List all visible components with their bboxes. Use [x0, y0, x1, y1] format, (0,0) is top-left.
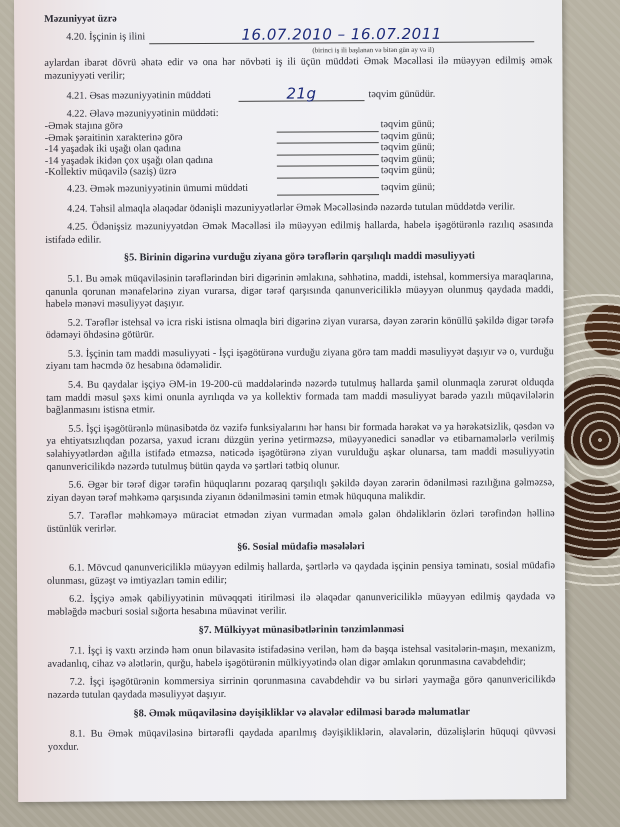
lace-doily [560, 290, 620, 590]
section-5-title: §5. Birinin digərinə vurduğu ziyana görə… [45, 250, 553, 265]
handwritten-work-year: 16.07.2010 – 16.07.2011 [149, 27, 534, 42]
item-4-24: 4.24. Təhsil almaqla əlaqədar ödənişli m… [45, 201, 553, 216]
leave-days-field[interactable] [277, 168, 379, 179]
section-8-title: §8. Əmək müqaviləsinə dəyişikliklər və ə… [48, 706, 556, 721]
item-4-25: 4.25. Ödənişsiz məzuniyyətdən Əmək Məcəl… [45, 219, 553, 247]
row-unit: təqvim günü; [381, 165, 435, 178]
paragraph-8-1: 8.1. Bu Əmək müqaviləsinə birtərəfli qay… [48, 726, 556, 754]
paragraph-5-3: 5.3. İşçinin tam maddi məsuliyyəti - İşç… [46, 346, 554, 374]
paragraph-5-2: 5.2. Tərəflər istehsal və icra riski ist… [46, 315, 554, 343]
item-4-20-prefix: 4.20. İşçinin iş ilini [66, 31, 145, 44]
leave-days-field[interactable] [277, 145, 379, 156]
leave-days-field[interactable] [277, 156, 379, 167]
paragraph-7-2: 7.2. İşçi işəgötürənin kommersiya sirrin… [48, 675, 556, 703]
paragraph-5-7: 5.7. Tərəflər məhkəməyə müraciət etmədən… [47, 509, 555, 537]
additional-leave-list: -Əmək stajına görə təqvim günü; -Əmək şə… [45, 119, 553, 196]
paragraph-5-1: 5.1. Bu əmək müqaviləsinin tərəflərindən… [45, 271, 553, 311]
section-6-title: §6. Sosial müdafiə məsələləri [47, 540, 555, 555]
leave-days-field[interactable] [277, 122, 379, 133]
work-year-field[interactable]: 16.07.2010 – 16.07.2011 [149, 28, 534, 44]
item-4-21-suffix: təqvim günüdür. [368, 89, 435, 102]
paragraph-6-2: 6.2. İşçiyə əmək qabiliyyətinin müvəqqət… [47, 592, 555, 620]
document-page: Məzuniyyət üzrə 4.20. İşçinin iş ilini 1… [14, 0, 566, 802]
item-4-23: 4.23. Əmək məzuniyyətinin ümumi müddəti … [67, 182, 553, 196]
item-4-20-continuation: aylardan ibarət dövrü əhatə edir və ona … [44, 55, 552, 83]
section-7-title: §7. Mülkiyyət münasibətlərinin tənzimlən… [47, 623, 555, 638]
paragraph-5-6: 5.6. Əgər bir tərəf digər tərəfin hüquql… [47, 477, 555, 505]
document-content: Məzuniyyət üzrə 4.20. İşçinin iş ilini 1… [44, 9, 556, 760]
item-4-21-label: 4.21. Əsas məzuniyyətinin müddəti [66, 90, 238, 103]
leave-days-field[interactable] [277, 133, 379, 144]
handwritten-main-leave: 21g [238, 87, 364, 100]
paragraph-5-5: 5.5. İşçi işəgötürənlə münasibətdə öz və… [46, 421, 554, 474]
paragraph-7-1: 7.1. İşçi iş vaxtı ərzində həm onun bila… [47, 643, 555, 671]
additional-leave-row: -Kollektiv müqavilə (saziş) üzrə təqvim … [45, 166, 553, 180]
item-4-23-unit: təqvim günü; [381, 182, 435, 195]
row-label: -Kollektiv müqavilə (saziş) üzrə [45, 166, 277, 180]
total-leave-field[interactable] [277, 185, 379, 196]
section-heading: Məzuniyyət üzrə [44, 11, 552, 26]
item-4-21: 4.21. Əsas məzuniyyətinin müddəti 21g tə… [66, 87, 552, 104]
item-4-20: 4.20. İşçinin iş ilini 16.07.2010 – 16.0… [44, 28, 552, 83]
item-4-23-label: 4.23. Əmək məzuniyyətinin ümumi müddəti [67, 183, 277, 197]
paragraph-6-1: 6.1. Mövcud qanunvericiliklə müəyyən edi… [47, 560, 555, 588]
main-leave-field[interactable]: 21g [238, 88, 364, 103]
paragraph-5-4: 5.4. Bu qaydalar işçiyə ƏM-in 19-200-cü … [46, 377, 554, 417]
